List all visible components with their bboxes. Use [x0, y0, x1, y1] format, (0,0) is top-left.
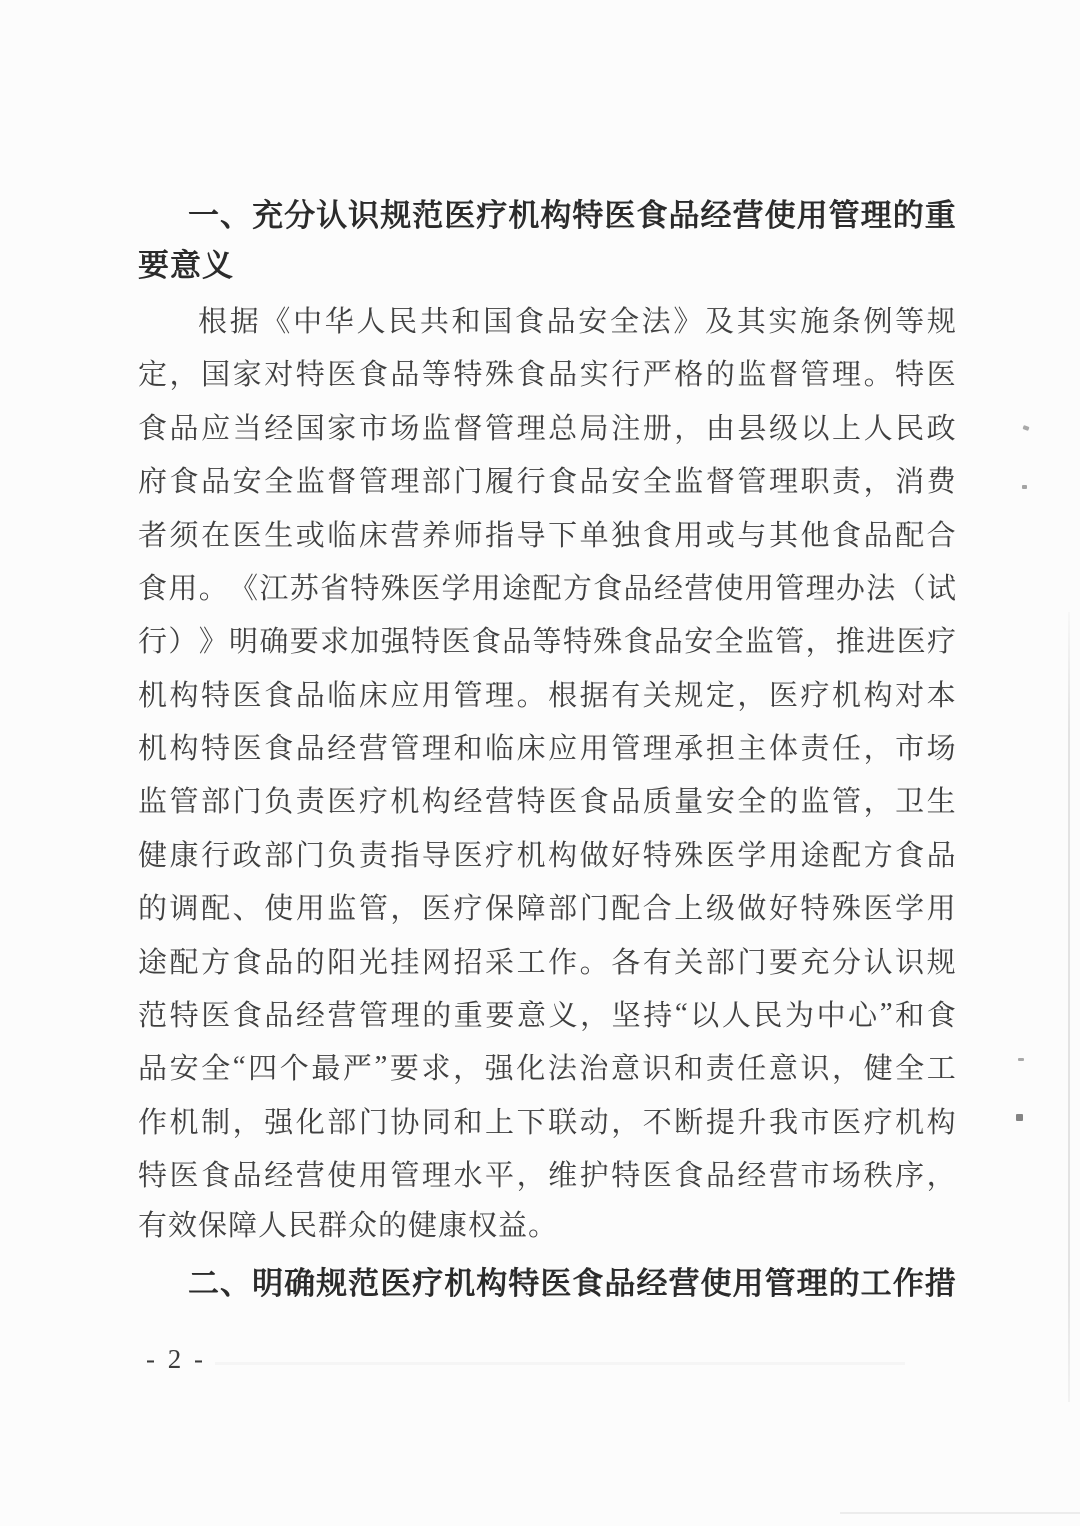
paragraph-line: 者须在医生或临床营养师指导下单独食用或与其他食品配合: [138, 506, 956, 559]
section1-heading-line-1: 一、充分认识规范医疗机构特医食品经营使用管理的重: [138, 186, 956, 239]
paragraph-line: 行）》明确要求加强特医食品等特殊食品安全监管，推进医疗: [138, 613, 956, 666]
scan-speckle: [1016, 1114, 1023, 1121]
scan-speckle: [1018, 1058, 1024, 1061]
paragraph-line: 监管部门负责医疗机构经营特医食品质量安全的监管，卫生: [138, 773, 956, 826]
paragraph-line: 定，国家对特医食品等特殊食品实行严格的监督管理。特医: [138, 346, 956, 399]
paragraph-line: 品安全“四个最严”要求，强化法治意识和责任意识，健全工: [138, 1040, 956, 1093]
scan-speckle: [1022, 485, 1027, 489]
scan-edge-line: [1068, 612, 1070, 1402]
paragraph-line: 根据《中华人民共和国食品安全法》及其实施条例等规: [138, 293, 956, 346]
paragraph-line: 机构特医食品经营管理和临床应用管理承担主体责任，市场: [138, 720, 956, 773]
paragraph-line: 的调配、使用监管，医疗保障部门配合上级做好特殊医学用: [138, 880, 956, 933]
paragraph-line: 有效保障人民群众的健康权益。: [138, 1200, 956, 1253]
paragraph-line: 食品应当经国家市场监督管理总局注册，由县级以上人民政: [138, 400, 956, 453]
paragraph-line: 作机制，强化部门协同和上下联动，不断提升我市医疗机构: [138, 1094, 956, 1147]
scan-bottom-shade: [840, 1512, 1080, 1514]
paragraph-line: 机构特医食品临床应用管理。根据有关规定，医疗机构对本: [138, 667, 956, 720]
section2-heading-line: 二、明确规范医疗机构特医食品经营使用管理的工作措: [138, 1254, 956, 1307]
text-block: 一、充分认识规范医疗机构特医食品经营使用管理的重 要意义 根据《中华人民共和国食…: [138, 186, 956, 1307]
paragraph-line: 特医食品经营使用管理水平，维护特医食品经营市场秩序，: [138, 1147, 956, 1200]
scan-footer-streak: [215, 1362, 905, 1365]
section1-heading-line-2: 要意义: [138, 239, 956, 292]
paragraph-line: 途配方食品的阳光挂网招采工作。各有关部门要充分认识规: [138, 933, 956, 986]
scan-speckle: [1022, 425, 1029, 431]
paragraph-line: 食用。《江苏省特殊医学用途配方食品经营使用管理办法（试: [138, 560, 956, 613]
paragraph-line: 健康行政部门负责指导医疗机构做好特殊医学用途配方食品: [138, 827, 956, 880]
paragraph-line: 府食品安全监督管理部门履行食品安全监督管理职责，消费: [138, 453, 956, 506]
paragraph-line: 范特医食品经营管理的重要意义，坚持“以人民为中心”和食: [138, 987, 956, 1040]
scanned-document-page: 一、充分认识规范医疗机构特医食品经营使用管理的重 要意义 根据《中华人民共和国食…: [0, 0, 1080, 1526]
page-number: - 2 -: [146, 1344, 206, 1375]
